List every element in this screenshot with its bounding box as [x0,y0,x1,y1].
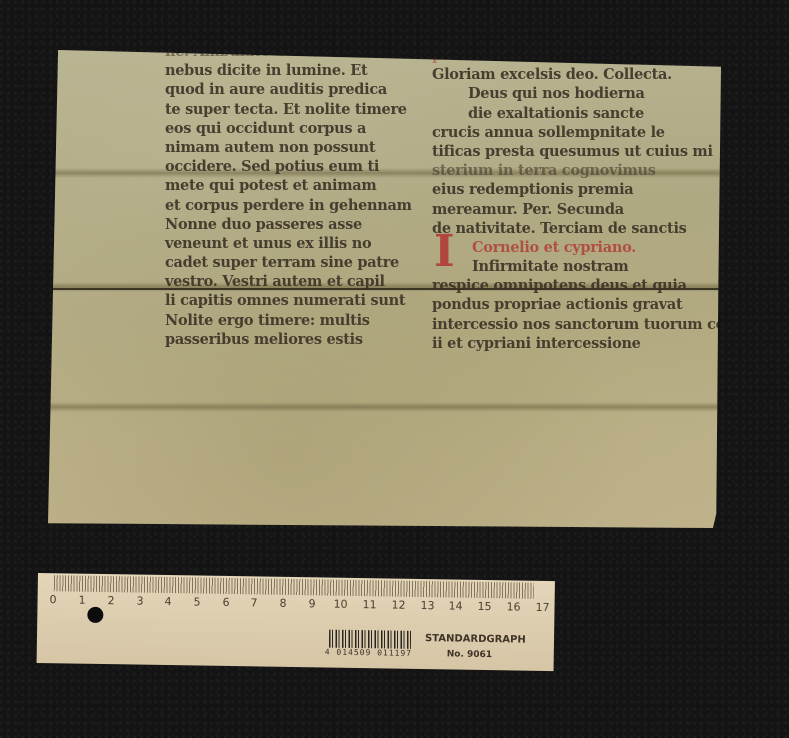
ruler-label: 0 [49,593,56,606]
ruler-brand: STANDARDGRAPH [425,633,526,646]
text-line: eos qui occidunt corpus a [165,119,412,138]
ruler-label: 9 [308,597,315,610]
text-line: ii et cypriani intercessione [432,334,757,353]
ruler-label: 15 [477,600,491,613]
ruler-label: 3 [136,595,143,608]
ruler-label: 5 [193,595,200,608]
text-line: mete qui potest et animam [165,176,412,195]
ruler-label: 4 [164,595,171,608]
rubric-heading: Cornelio et cypriano. [432,238,757,257]
parchment-fragment: ne. Ambulate dum lucem h nebus dicite in… [48,50,721,528]
rubric-line: ps. Exultabunt sancti in gloria [432,46,757,65]
text-line: occidere. Sed potius eum ti [165,157,412,176]
ruler-label: 12 [391,599,405,612]
ruler-label: 8 [279,597,286,610]
ruler-label: 17 [535,601,549,614]
ruler-label: 14 [448,599,462,612]
text-line: li capitis omnes numerati sunt [165,291,412,310]
ruler-label: 10 [333,598,347,611]
text-line: intercessio nos sanctorum tuorum cornel [432,315,757,334]
text-line: die exaltationis sancte [432,104,757,123]
text-line: respice omnipotens deus et quia [432,276,757,295]
text-line: nebus dicite in lumine. Et [165,61,412,80]
text-line: de nativitate. Terciam de sanctis [432,219,757,238]
text-line: Nolite ergo timere: multis [165,311,412,330]
ruler-label: 1 [78,594,85,607]
red-initial-letter: I [434,230,455,274]
ruler-model-number: No. 9061 [447,649,492,660]
manuscript-left-column: ne. Ambulate dum lucem h nebus dicite in… [165,42,412,349]
text-line: Deus qui nos hodierna [432,84,757,103]
ruler-label: 7 [250,596,257,609]
text-line: quod in aure auditis predica [165,80,412,99]
text-line: mereamur. Per. Secunda [432,200,757,219]
fold-line-lower [48,402,721,412]
text-line: eius redemptionis premia [432,180,757,199]
ruler-label: 2 [107,594,114,607]
text-line: Gloriam excelsis deo. Collecta. [432,65,757,84]
text-line: veneunt et unus ex illis no [165,234,412,253]
text-line: crucis annua sollempnitate le [432,123,757,142]
text-line: nimam autem non possunt [165,138,412,157]
barcode-number: 4 014509 011197 [325,648,412,658]
text-line: cadet super terram sine patre [165,253,412,272]
ruler-label: 16 [506,600,520,613]
text-line: te super tecta. Et nolite timere [165,100,412,119]
ruler-ticks [54,575,534,599]
ruler-label: 11 [362,598,376,611]
text-line: pondus propriae actionis gravat [432,295,757,314]
ruler-label: 13 [420,599,434,612]
text-line: ne. Ambulate dum lucem h [165,42,412,61]
manuscript-right-column: ps. Exultabunt sancti in gloria Gloriam … [432,46,757,353]
text-line: Nonne duo passeres asse [165,215,412,234]
barcode [329,630,411,649]
text-line: tificas presta quesumus ut cuius mi [432,142,757,161]
text-line: et corpus perdere in gehennam [165,196,412,215]
ruler-label: 6 [222,596,229,609]
ruler-hanging-hole [87,607,103,623]
scale-ruler: 0 1 2 3 4 5 6 7 8 9 10 11 12 13 14 15 16… [37,573,555,671]
text-line: Infirmitate nostram [432,257,757,276]
text-line: passeribus meliores estis [165,330,412,349]
text-line: vestro. Vestri autem et capil [165,272,412,291]
text-line: sterium in terra cognovimus [432,161,757,180]
